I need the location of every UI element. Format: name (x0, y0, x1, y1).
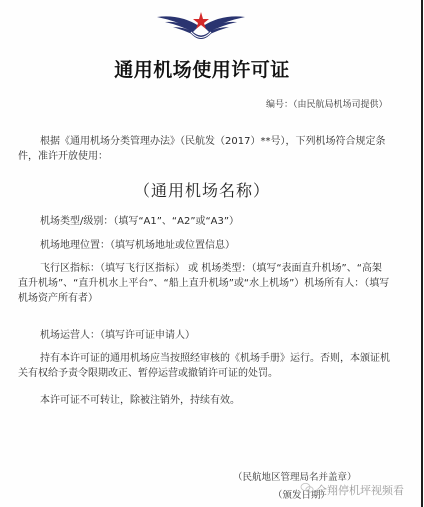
obligation-paragraph: 持有本许可证的通用机场应当按照经审核的《机场手册》运行。否则，本颁证机关有权给予… (18, 351, 390, 381)
intro-text: 根据《通用机场分类管理办法》（民航发（2017）**号），下列机场符合规定条件，… (18, 136, 385, 162)
serial-number: 编号：（由民航局机场司提供） (266, 97, 388, 110)
field-type-level: 机场类型/级别：（填写“A1”、“A2”或“A3”） (40, 212, 239, 227)
watermark-text: 全翔停机坪视频看 (316, 482, 404, 498)
intro-paragraph: 根据《通用机场分类管理办法》（民航发（2017）**号），下列机场符合规定条件，… (18, 134, 390, 164)
page-edge-divider (421, 0, 423, 507)
obligation-text: 持有本许可证的通用机场应当按照经审核的《机场手册》运行。否则，本颁证机关有权给予… (18, 353, 390, 379)
issuer-signature: （民航地区管理局名并盖章） (233, 469, 357, 483)
caac-emblem-icon (155, 8, 247, 44)
document-title: 通用机场使用许可证 (0, 55, 404, 82)
wechat-icon (300, 482, 314, 494)
field-operator: 机场运营人：（填写许可证申请人） (40, 326, 195, 341)
airside-text: 飞行区指标：（填写飞行区指标） 或 机场类型：（填写“表面直升机场”、“高架直升… (18, 263, 389, 304)
field-location: 机场地理位置：（填写机场地址或位置信息） (40, 236, 235, 251)
airside-paragraph: 飞行区指标：（填写飞行区指标） 或 机场类型：（填写“表面直升机场”、“高架直升… (18, 261, 390, 306)
license-document: 通用机场使用许可证 编号：（由民航局机场司提供） 根据《通用机场分类管理办法》（… (0, 0, 424, 507)
validity-paragraph: 本许可证不可转让，除被注销外，持续有效。 (40, 391, 240, 406)
airport-name: （通用机场名称） (0, 178, 404, 201)
